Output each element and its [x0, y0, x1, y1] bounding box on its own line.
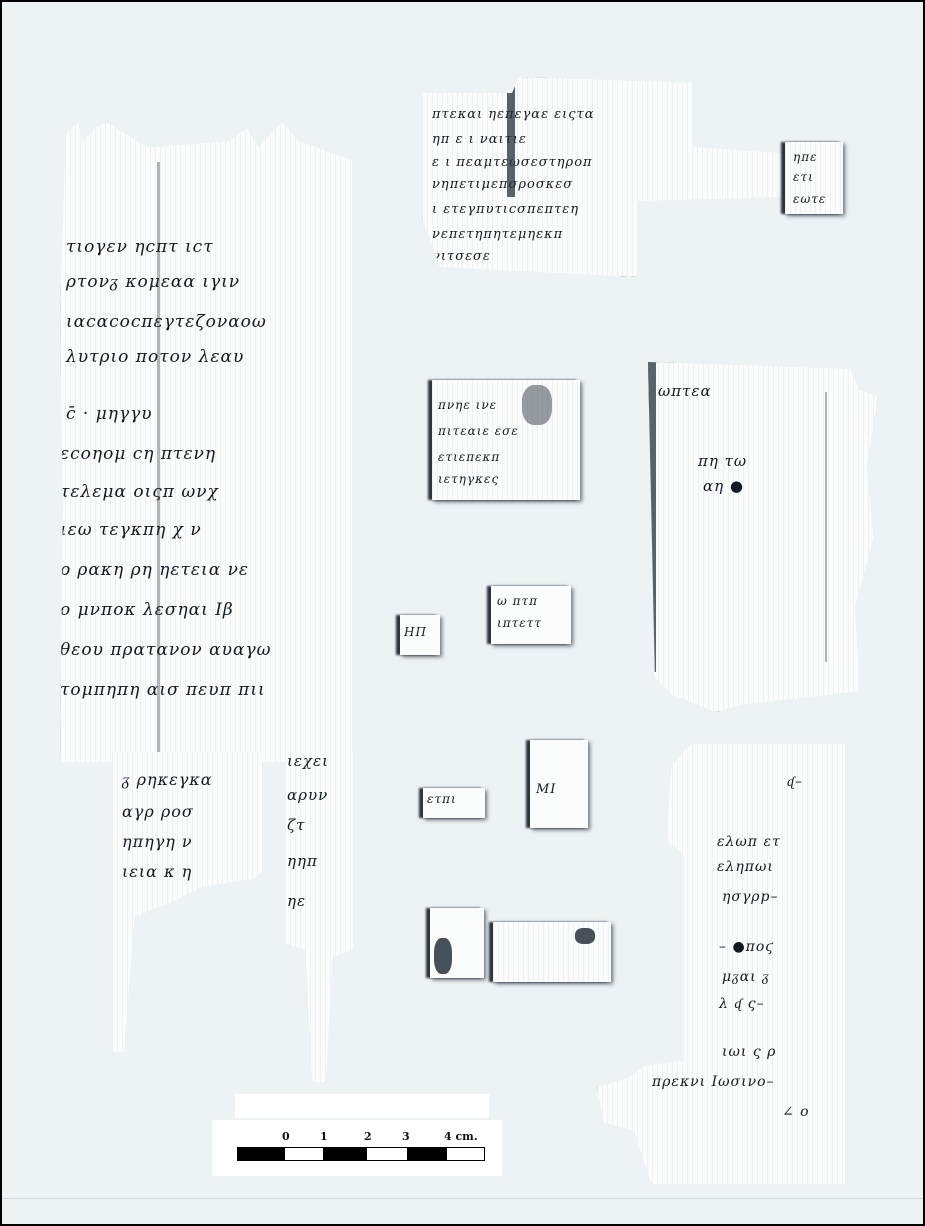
- script-line: – ●ποϛ: [719, 939, 774, 955]
- script-line: ζτ: [287, 816, 305, 834]
- script-line: ετπι: [427, 792, 457, 806]
- script-line: τομπηπη αισ πευπ πιι: [60, 680, 266, 700]
- script-line: νιτσεσε: [432, 249, 491, 264]
- script-line: ηπηγη ν: [122, 832, 193, 851]
- script-line: ᵹ ρηκεγκα: [122, 770, 213, 790]
- script-line: ω πτπ: [497, 594, 538, 608]
- dark-stain: [575, 928, 595, 944]
- fiber-crack: [157, 162, 160, 762]
- script-line: ιεχει: [287, 752, 329, 770]
- script-line: ϲ̄ · μηγγυ: [66, 404, 153, 424]
- script-line: μᵹαι ᵹ: [722, 969, 770, 986]
- script-line: ησγρp–: [722, 889, 779, 905]
- script-line: ιεω τεγκπη χ ν: [60, 520, 202, 540]
- scale-segment: [447, 1148, 484, 1160]
- fragment-left-narrow-strip: ιεχει αρυν ζτ ηηπ ηε: [285, 752, 353, 1082]
- fragment-small-b: ω πτπ ιπτεττ: [491, 586, 571, 644]
- script-line: ιετηγκες: [438, 472, 499, 486]
- fiber-crack: [825, 392, 827, 662]
- fragment-edge: [648, 362, 656, 672]
- script-line: ΜΙ: [536, 782, 556, 797]
- scale-segment: [238, 1148, 285, 1160]
- glass-edge-line: [2, 1198, 923, 1199]
- scale-label-4cm: 4 cm.: [444, 1130, 478, 1143]
- fragment-small-c: ετπι: [423, 788, 485, 818]
- script-line: νηπετιμεπσροσκεσ: [432, 177, 573, 192]
- script-line: θεου πρατανον αυαγω: [60, 640, 272, 660]
- scale-label-3: 3: [402, 1130, 410, 1143]
- script-line: τιογεν ηcπτ ιcτ: [66, 237, 214, 257]
- scale-segment: [323, 1148, 367, 1160]
- script-line: ΗΠ: [404, 625, 427, 639]
- scale-segment: [285, 1148, 323, 1160]
- script-line: αη ●: [703, 477, 744, 495]
- script-line: ι ετεγπυτιcσπεπτεη: [432, 202, 579, 217]
- dark-stain: [434, 938, 452, 974]
- scale-segment: [367, 1148, 407, 1160]
- script-line: εωτε: [793, 192, 826, 206]
- script-line: ιαcαcοcπεγτεζοναοω: [66, 312, 267, 332]
- papyrus-fibers: [648, 362, 878, 712]
- script-line: ιπτεττ: [497, 616, 542, 630]
- fragment-small-f: [493, 922, 611, 982]
- fragment-small-e: [430, 908, 484, 978]
- scale-card-top: [235, 1094, 489, 1118]
- script-line: πρεκνι Ιωσινο–: [652, 1074, 775, 1090]
- dark-stain: [522, 385, 552, 425]
- script-line: ιεια κ η: [122, 862, 192, 881]
- script-line: ωπτεα: [658, 382, 712, 400]
- script-line: ετι: [793, 170, 814, 184]
- script-line: αρυν: [287, 786, 328, 804]
- script-line: ρ ρακη ρη ηετεια νε: [60, 560, 249, 580]
- script-line: λυτριο ποτον λεαυ: [66, 347, 244, 367]
- script-line: ιωι ς ρ: [722, 1044, 776, 1060]
- scale-bar: [237, 1147, 485, 1161]
- script-line: ρτονᵹ κομεαα ιγιν: [66, 272, 240, 292]
- fragment-left-lower-strip: ᵹ ρηκεγκα αγρ ροσ ηπηγη ν ιεια κ η: [112, 752, 262, 1052]
- fragment-right-middle: ωπτεα πη τω αη ●: [648, 362, 878, 712]
- script-line: ηηπ: [287, 852, 318, 870]
- script-line: λ ᶑ ς–: [719, 996, 765, 1013]
- scale-label-2: 2: [364, 1130, 372, 1143]
- scale-bar-card: 0 1 2 3 4 cm.: [212, 1120, 502, 1176]
- scale-label-0: 0: [282, 1130, 290, 1143]
- script-line: ηε: [287, 892, 306, 910]
- fragment-right-bottom: ᶑ– ελωπ ετ εληπωι ησγρp– – ●ποϛ μᵹαι ᵹ λ…: [597, 744, 845, 1184]
- script-line: ηπε: [793, 150, 818, 164]
- scale-label-1: 1: [320, 1130, 328, 1143]
- fragment-top-center: πτεκαι ηεπεγαε ειςτα ηπ ε ι ναιτιε ε ι π…: [422, 77, 782, 277]
- script-line: νεπετηπητεμηεκπ: [432, 227, 563, 242]
- papyrus-fibers: [60, 122, 352, 762]
- papyrus-fibers: [112, 752, 262, 1052]
- fragment-small-top-right: ηπε ετι εωτε: [785, 142, 843, 214]
- fragment-middle-center: πνηε ινε πιτεαιε εσε ετιεπεκπ ιετηγκες: [432, 380, 580, 500]
- script-line: αγρ ροσ: [122, 802, 194, 821]
- fragment-small-d: ΜΙ: [530, 740, 588, 828]
- fragment-large-left: τιογεν ηcπτ ιcτ ρτονᵹ κομεαα ιγιν ιαcαcο…: [60, 122, 352, 762]
- scale-segment: [407, 1148, 447, 1160]
- script-line: ο μνποκ λεσηαι Ιβ: [60, 600, 234, 620]
- fragment-small-a: ΗΠ: [400, 615, 440, 655]
- script-line: πιτεαιε εσε: [438, 424, 519, 438]
- script-line: πη τω: [698, 452, 747, 470]
- script-line: τελεμα οιςπ ωνχ: [60, 482, 219, 502]
- script-line: εληπωι: [717, 859, 774, 875]
- fiber-crack: [507, 77, 515, 197]
- photo-frame: τιογεν ηcπτ ιcτ ρτονᵹ κομεαα ιγιν ιαcαcο…: [2, 2, 923, 1224]
- script-line: ᶑ–: [787, 774, 803, 791]
- script-line: εcοηομ cη πτενη: [60, 444, 216, 464]
- script-line: ελωπ ετ: [717, 834, 781, 850]
- script-line: ∠ ο: [782, 1104, 810, 1120]
- script-line: ετιεπεκπ: [438, 450, 500, 464]
- script-line: πνηε ινε: [438, 398, 497, 412]
